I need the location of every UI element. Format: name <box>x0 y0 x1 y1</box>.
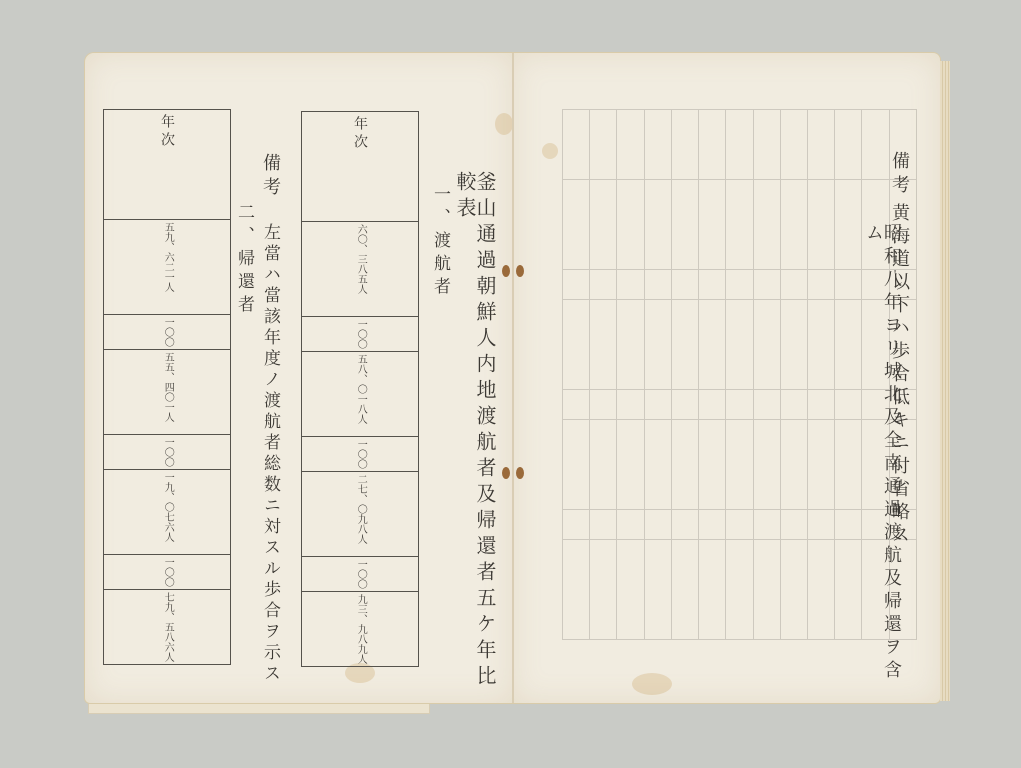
total-count: 七九、五八六人 <box>162 592 173 662</box>
foxing-stain <box>495 113 513 135</box>
other-index: 一〇〇 <box>355 559 366 589</box>
manchukuo-index: 一〇〇 <box>162 317 173 347</box>
note-text: 左當ハ當該年度ノ渡航者総数ニ対スル歩合ヲ示ス <box>261 223 278 685</box>
page-edges <box>940 61 950 701</box>
right-note-label: 備考 <box>890 151 908 199</box>
section-returnees-label: 二、帰還者 <box>235 203 252 318</box>
other-index: 一〇〇 <box>162 557 173 587</box>
note-label: 備考 <box>261 153 279 201</box>
binding-hole <box>502 467 510 479</box>
returnees-table: 年次 五九、六二一人 一〇〇 五五、四〇一人 一〇〇 一九、〇七六人 一〇〇 七… <box>103 109 231 665</box>
other-count: 二七、〇九八人 <box>355 474 366 544</box>
manchukuo-count: 六〇、三八五人 <box>355 224 366 294</box>
document-title: 釜山通過朝鮮人内地渡航者及帰還者五ケ年比較表 <box>455 171 495 703</box>
manchukuo-count: 五九、六二一人 <box>162 222 173 292</box>
binding-hole <box>516 467 524 479</box>
total-count: 九三、九八九人 <box>355 594 366 664</box>
binding-hole <box>516 265 524 277</box>
open-notebook: 釜山通過朝鮮人内地渡航者及帰還者五ケ年比較表 一、渡航者 年次 六〇、三八五人 … <box>78 52 948 712</box>
right-note-line2: 昭和八年ヨリ城北及全南通過渡航及帰還ヲ含ム <box>864 223 900 703</box>
other-count: 一九、〇七六人 <box>162 472 173 542</box>
student-index: 一〇〇 <box>162 437 173 467</box>
spine-fold <box>512 53 514 703</box>
year-header: 年次 <box>157 114 177 150</box>
emigrants-table: 年次 六〇、三八五人 一〇〇 五八、〇一八人 一〇〇 二七、〇九八人 一〇〇 九… <box>301 111 419 667</box>
foxing-stain <box>542 143 558 159</box>
student-index: 一〇〇 <box>355 439 366 469</box>
student-count: 五八、〇一八人 <box>355 354 366 424</box>
manchukuo-index: 一〇〇 <box>355 319 366 349</box>
year-header: 年次 <box>350 116 370 152</box>
binding-hole <box>502 265 510 277</box>
left-page: 釜山通過朝鮮人内地渡航者及帰還者五ケ年比較表 一、渡航者 年次 六〇、三八五人 … <box>84 52 513 704</box>
section-emigrants-label: 一、渡航者 <box>431 185 448 300</box>
student-count: 五五、四〇一人 <box>162 352 173 422</box>
foxing-stain <box>632 673 672 695</box>
right-page: 備考 黄海道以下ハ歩合低キニ付省略ス 昭和八年ヨリ城北及全南通過渡航及帰還ヲ含ム <box>512 52 941 704</box>
